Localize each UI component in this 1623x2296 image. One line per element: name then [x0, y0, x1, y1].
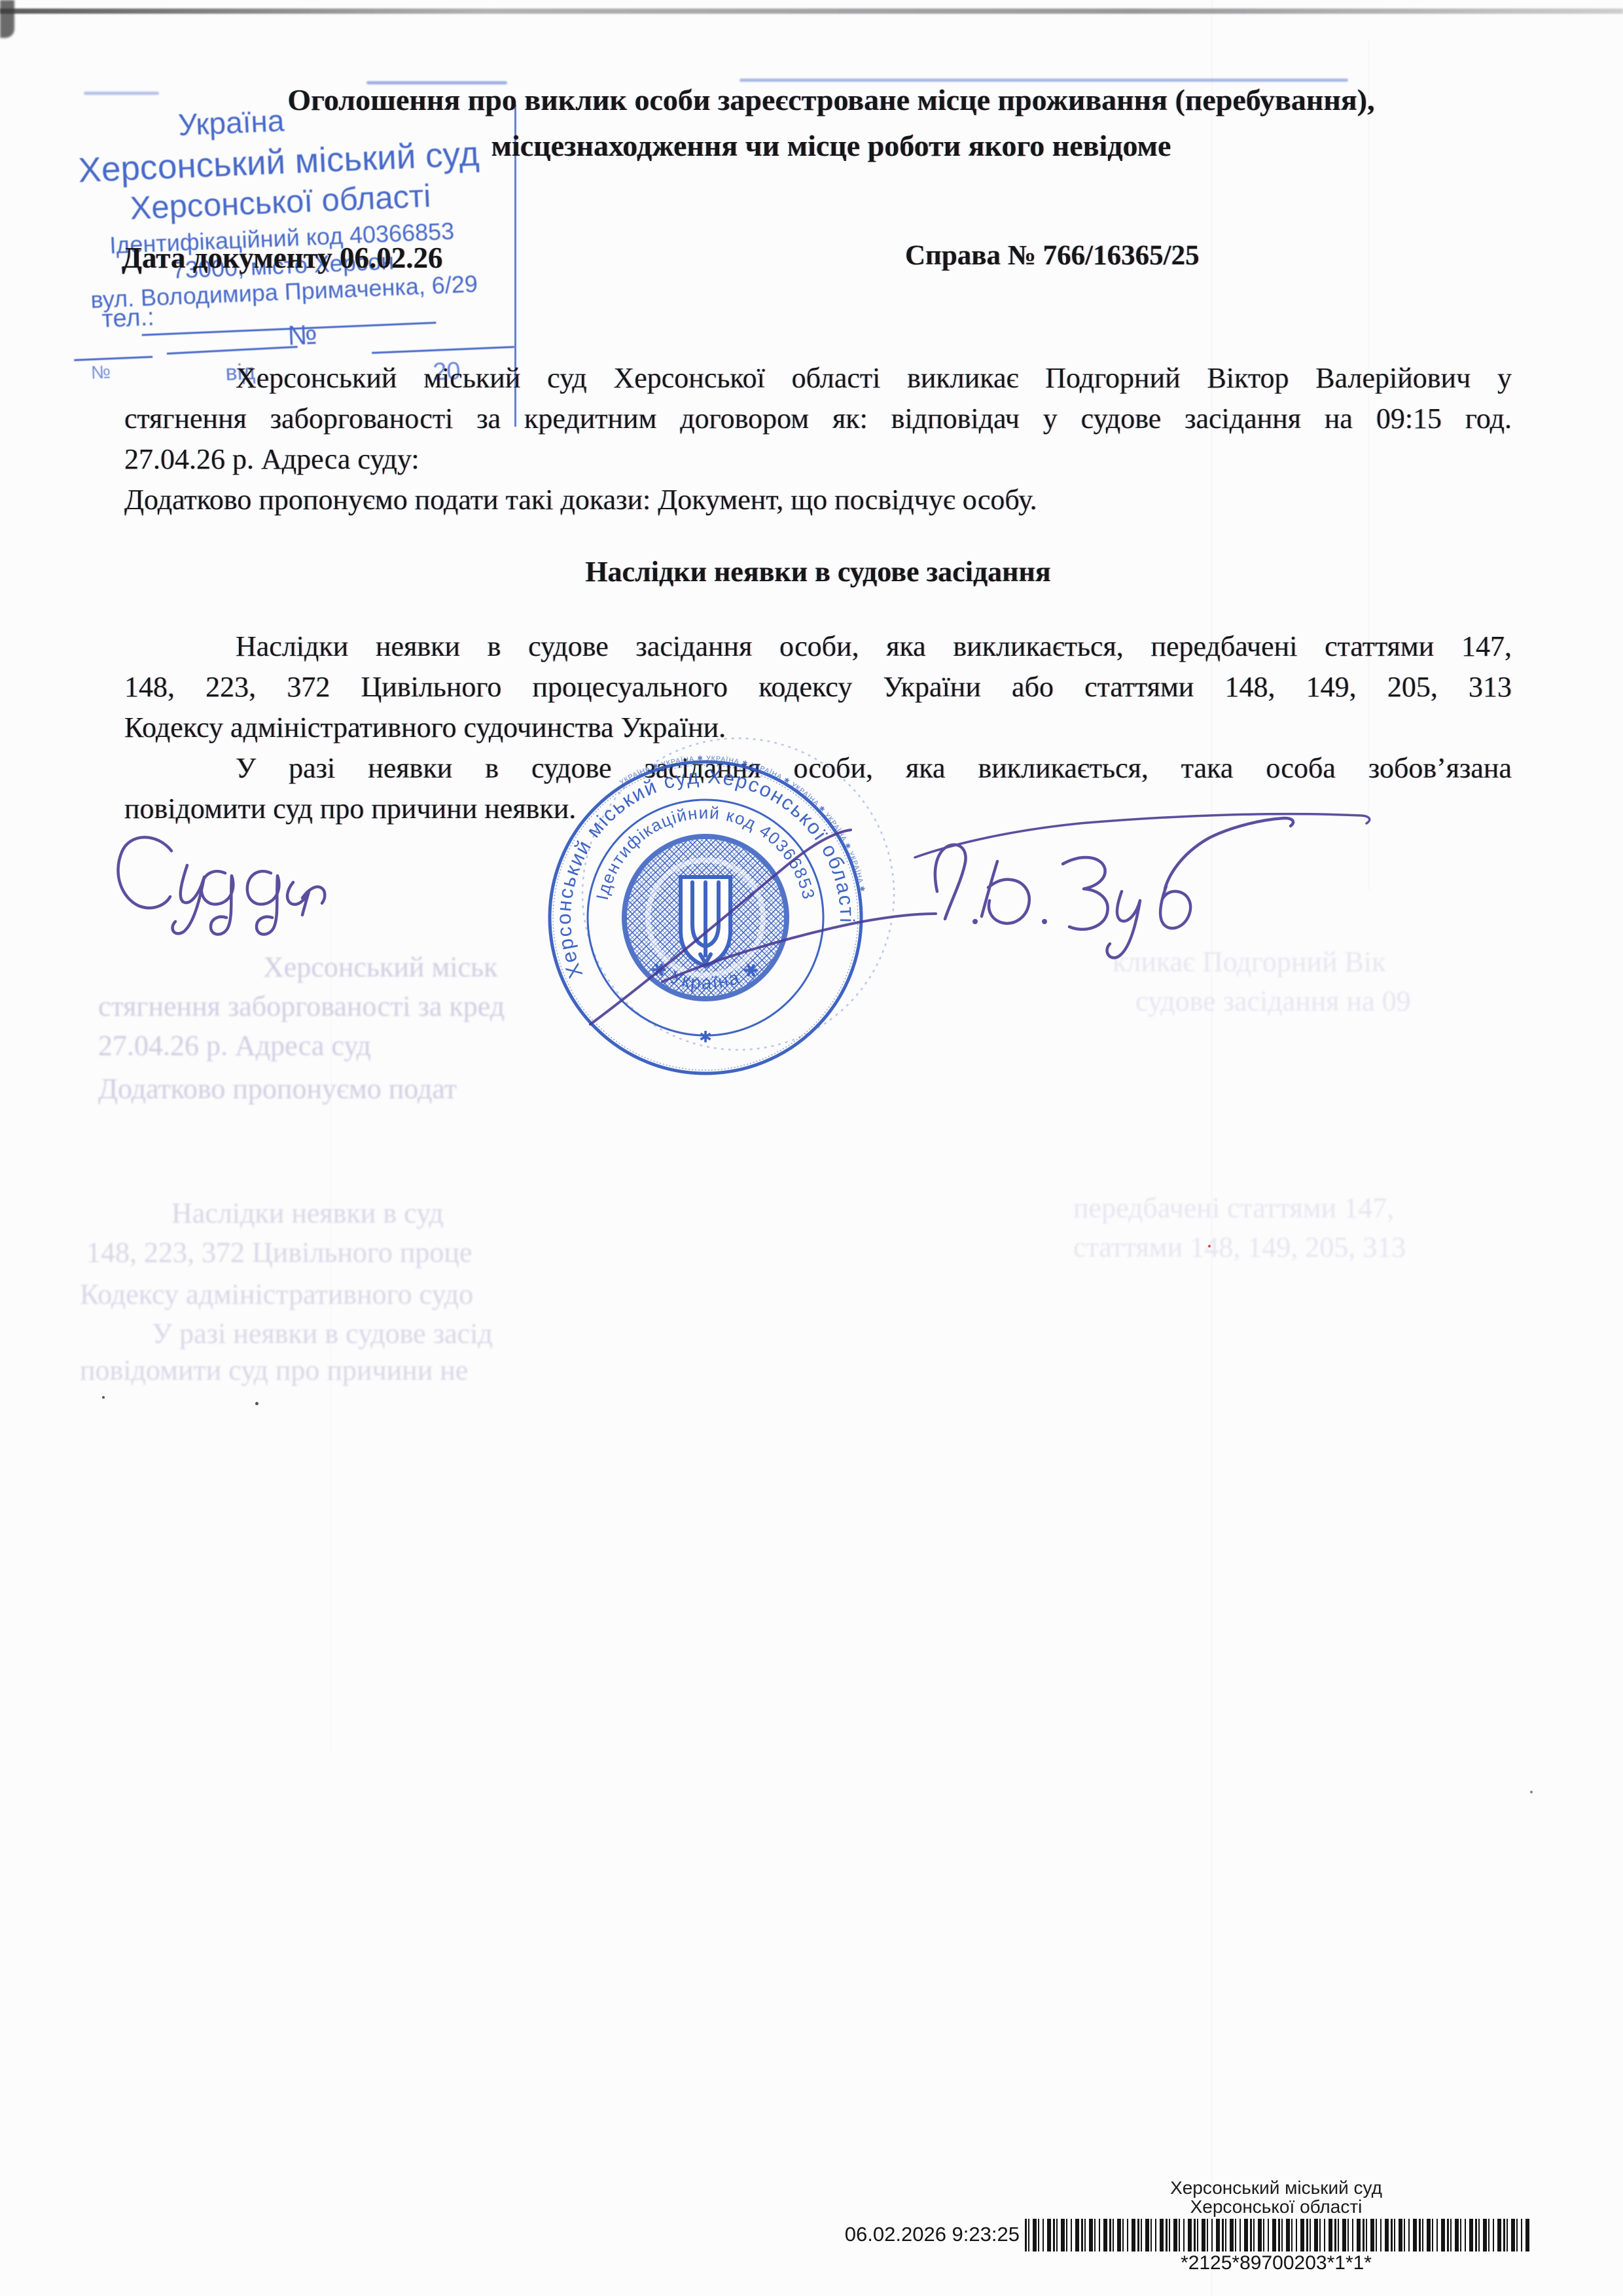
ink-speck	[255, 1402, 259, 1405]
body-paragraph1-line2: стягнення заборгованості за кредитним до…	[124, 402, 1512, 436]
ink-speck	[1530, 1791, 1533, 1793]
trident-emblem	[681, 877, 730, 966]
body-paragraph1-line1: Херсонський міський суд Херсонської обла…	[236, 361, 1512, 395]
ghost-text: статтями 148, 149, 205, 313	[1073, 1230, 1406, 1264]
body-paragraph2-line4: У разі неявки в судове засідання особи, …	[236, 751, 1512, 785]
ghost-text: повідомити суд про причини не	[80, 1354, 468, 1387]
stamp-tel-label: тел.:	[88, 303, 168, 334]
document-date: Дата документу 06.02.26	[122, 241, 442, 275]
barcode	[1025, 2219, 1531, 2251]
ghost-text: Кодексу адміністративного судо	[80, 1278, 473, 1311]
ghost-text: Додатково пропонуємо подат	[98, 1072, 457, 1105]
section-heading: Наслідки неявки в судове засідання	[124, 555, 1512, 588]
stamp-smudge	[84, 92, 159, 95]
ghost-text: кликає Подгорний Вік	[1113, 945, 1385, 978]
ghost-text: судове засідання на 09	[1135, 984, 1411, 1018]
barcode-text: *2125*89700203*1*1*	[1080, 2252, 1472, 2274]
footer-timestamp: 06.02.2026 9:23:25	[772, 2223, 1020, 2246]
ghost-text: Херсонський міськ	[263, 950, 498, 984]
body-paragraph2-line5: повідомити суд про причини неявки.	[124, 792, 576, 826]
scanner-streak	[1211, 0, 1213, 2296]
stamp-blank-line	[167, 346, 298, 354]
ink-speck	[102, 1396, 105, 1399]
document-title-line2: місцезнаходження чи місце роботи якого н…	[157, 130, 1505, 162]
judge-handwritten-word	[118, 837, 325, 934]
stamp-blank-line	[74, 356, 152, 361]
footer-court-line2: Херсонської області	[1113, 2197, 1440, 2217]
document-title-line1: Оголошення про виклик особи зареєстрован…	[157, 84, 1505, 117]
ghost-text: 148, 223, 372 Цивільного проце	[86, 1236, 472, 1269]
case-number: Справа № 766/16365/25	[905, 240, 1200, 272]
judge-signature	[915, 814, 1370, 958]
ghost-text: стягнення заборгованості за кред	[98, 990, 505, 1023]
body-paragraph1-line4: Додатково пропонуємо подати такі докази:…	[124, 483, 1037, 517]
stamp-number-small: №	[77, 361, 124, 384]
court-round-seal: Херсонський міський суд Херсонської обла…	[544, 757, 866, 1079]
scanner-corner-artifact	[0, 0, 14, 38]
body-paragraph2-line3: Кодексу адміністративного судочинства Ук…	[124, 711, 726, 745]
ghost-text: передбачені статтями 147,	[1073, 1191, 1394, 1225]
scanned-court-document: Україна Херсонський міський суд Херсонсь…	[0, 0, 1623, 2296]
ghost-text: У разі неявки в судове засід	[152, 1317, 493, 1350]
body-paragraph1-line3: 27.04.26 р. Адреса суду:	[124, 442, 419, 476]
stamp-smudge	[740, 79, 1348, 82]
body-paragraph2-line1: Наслідки неявки в судове засідання особи…	[236, 630, 1512, 664]
seal-bottom-ornament: ✱	[699, 1029, 712, 1047]
stamp-blank-line	[372, 346, 514, 354]
ghost-text: 27.04.26 р. Адреса суд	[98, 1029, 371, 1062]
ghost-text: Наслідки неявки в суд	[171, 1196, 444, 1230]
footer-court-line1: Херсонський міський суд	[1113, 2178, 1440, 2198]
scanner-artifact-line	[0, 9, 1623, 14]
body-paragraph2-line2: 148, 223, 372 Цивільного процесуального …	[124, 670, 1512, 704]
svg-text:✱: ✱	[699, 1029, 712, 1047]
